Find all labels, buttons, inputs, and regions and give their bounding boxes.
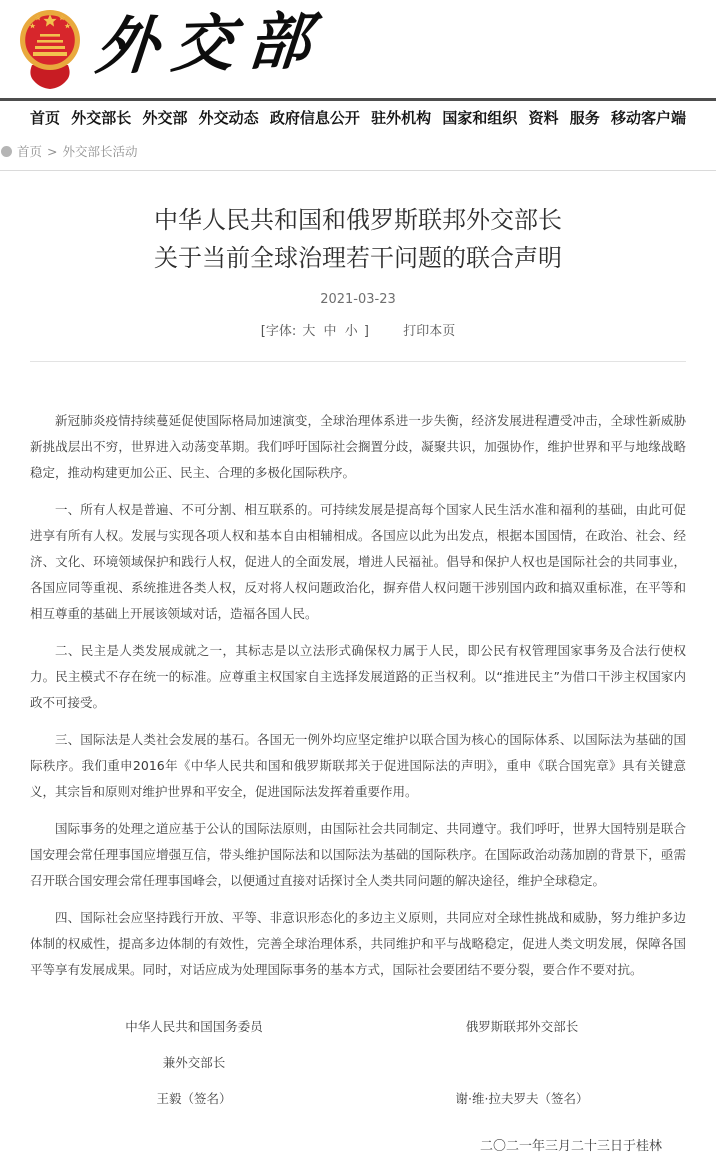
nav-item-home[interactable]: 首页: [30, 107, 60, 128]
breadcrumb-bullet-icon: [1, 146, 12, 157]
signature-russia-name: 谢·维·拉夫罗夫（签名）: [358, 1081, 686, 1117]
breadcrumb-home-link[interactable]: 首页: [17, 142, 42, 160]
page: 外交部 首页 外交部长 外交部 外交动态 政府信息公开 驻外机构 国家和组织 资…: [0, 0, 716, 1176]
signature-russia: 俄罗斯联邦外交部长 谢·维·拉夫罗夫（签名）: [358, 1009, 686, 1117]
signature-china: 中华人民共和国国务委员 兼外交部长 王毅（签名）: [30, 1009, 358, 1117]
signature-block: 中华人民共和国国务委员 兼外交部长 王毅（签名） 俄罗斯联邦外交部长 谢·维·拉…: [30, 1009, 686, 1117]
print-page-button[interactable]: 打印本页: [403, 324, 455, 339]
paragraph: 新冠肺炎疫情持续蔓延促使国际格局加速演变，全球治理体系进一步失衡，经济发展进程遭…: [30, 408, 686, 486]
article-title-line2: 关于当前全球治理若干问题的联合声明: [30, 239, 686, 277]
paragraph: 二、民主是人类发展成就之一，其标志是以立法形式确保权力属于人民，即公民有权管理国…: [30, 638, 686, 716]
article: 中华人民共和国和俄罗斯联邦外交部长 关于当前全球治理若干问题的联合声明 2021…: [0, 201, 716, 1176]
site-title-calligraphy: 外交部: [92, 0, 328, 97]
article-title: 中华人民共和国和俄罗斯联邦外交部长 关于当前全球治理若干问题的联合声明: [30, 201, 686, 277]
font-tools: [字体: 大 中 小 ] 打印本页: [30, 320, 686, 339]
article-date: 2021-03-23: [30, 292, 686, 307]
signature-china-name: 王毅（签名）: [30, 1081, 358, 1117]
paragraph: 国际事务的处理之道应基于公认的国际法原则，由国际社会共同制定、共同遵守。我们呼吁…: [30, 816, 686, 894]
nav-item-foreign-minister[interactable]: 外交部长: [71, 107, 131, 128]
nav-item-diplomatic-news[interactable]: 外交动态: [199, 107, 259, 128]
nav-item-ministry[interactable]: 外交部: [142, 107, 187, 128]
article-title-line1: 中华人民共和国和俄罗斯联邦外交部长: [30, 201, 686, 239]
nav-item-countries-orgs[interactable]: 国家和组织: [442, 107, 517, 128]
signature-russia-title: 俄罗斯联邦外交部长: [358, 1009, 686, 1045]
breadcrumb-current: 外交部长活动: [63, 142, 138, 160]
breadcrumb: 首页 > 外交部长活动: [0, 136, 716, 170]
paragraph: 四、国际社会应坚持践行开放、平等、非意识形态化的多边主义原则，共同应对全球性挑战…: [30, 905, 686, 983]
sign-off-date: 二〇二一年三月二十三日于桂林: [30, 1135, 662, 1154]
font-size-large-button[interactable]: 大: [302, 324, 315, 339]
nav-item-gov-info[interactable]: 政府信息公开: [270, 107, 360, 128]
font-size-label: [字体:: [261, 324, 296, 339]
font-size-medium-button[interactable]: 中: [324, 324, 337, 339]
font-size-small-button[interactable]: 小: [345, 324, 358, 339]
signature-china-title1: 中华人民共和国国务委员: [30, 1009, 358, 1045]
nav-item-mobile-client[interactable]: 移动客户端: [611, 107, 686, 128]
paragraph: 三、国际法是人类社会发展的基石。各国无一例外均应坚定维护以联合国为核心的国际体系…: [30, 727, 686, 805]
main-nav: 首页 外交部长 外交部 外交动态 政府信息公开 驻外机构 国家和组织 资料 服务…: [0, 98, 716, 136]
signature-spacer: [358, 1045, 686, 1081]
nav-item-overseas-missions[interactable]: 驻外机构: [371, 107, 431, 128]
font-size-label-close: ]: [364, 324, 369, 339]
site-header: 外交部: [0, 0, 716, 98]
nav-item-resources[interactable]: 资料: [529, 107, 559, 128]
article-body: 新冠肺炎疫情持续蔓延促使国际格局加速演变，全球治理体系进一步失衡，经济发展进程遭…: [30, 362, 686, 983]
signature-china-title2: 兼外交部长: [30, 1045, 358, 1081]
national-emblem-icon: [18, 7, 82, 91]
header-divider: [0, 170, 716, 171]
breadcrumb-separator: >: [47, 144, 57, 159]
paragraph: 一、所有人权是普遍、不可分割、相互联系的。可持续发展是提高每个国家人民生活水准和…: [30, 497, 686, 627]
nav-item-services[interactable]: 服务: [570, 107, 600, 128]
